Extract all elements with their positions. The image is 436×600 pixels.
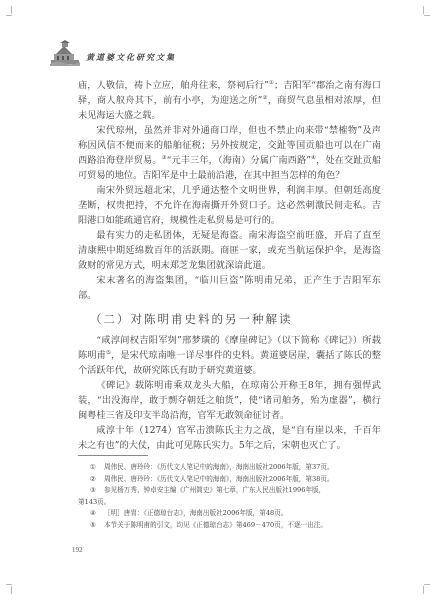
footnotes: ①周伟民、唐玲玲：《历代文人笔记中的海南》，海南出版社2006年版，第37页。 …: [78, 462, 384, 531]
series-title: 黄道婆文化研究文集: [86, 52, 176, 66]
crop-mark-bottom-left: [6, 582, 18, 594]
paragraph: 南宋外贸远超北宋，几乎通达整个文明世界，利润丰厚。但朝廷高度垄断，权贵把持，不允…: [78, 183, 381, 228]
crop-mark-top-right: [418, 6, 430, 18]
footnote: ③参见杨万秀、钟卓安主编《广州简史》第七章，广东人民出版社1996年版，: [78, 485, 384, 497]
paragraph: 《碑记》载陈明甫乘双龙头大船，在琼南公开称王8年，拥有强悍武装，“出没海岸，敢于…: [78, 378, 381, 423]
footnote: ⑤本节关于陈明甫的引文，均见《正德琼台志》第469－470页，不逐一出注。: [78, 520, 384, 532]
paragraph: 咸淳十年（1274）官军击溃陈氏主力之战，是“自有崖以来，千百年未之有也”的大仗…: [78, 423, 381, 453]
body-text: 庙，人敬信，祷卜立应，舶舟往来，祭祠后行”①；吉阳军“郡治之南有海口驿，商人舣舟…: [78, 78, 381, 453]
footnote: ①周伟民、唐玲玲：《历代文人笔记中的海南》，海南出版社2006年版，第37页。: [78, 462, 384, 474]
section-heading: （二）对陈明甫史料的另一种解读: [90, 311, 381, 327]
paragraph: 庙，人敬信，祷卜立应，舶舟往来，祭祠后行”①；吉阳军“郡治之南有海口驿，商人舣舟…: [78, 78, 381, 123]
footnote: ④［明］唐胄：《正德琼台志》，海南出版社2006年版，第48页。: [78, 508, 384, 520]
ancient-building-icon: [50, 40, 80, 66]
paragraph: 最有实力的走私团体，无疑是海盗。南宋海盗空前旺盛，开启了直至清康熙中期延绵数百年…: [78, 228, 381, 273]
footnote-divider: [78, 455, 148, 456]
running-header: 黄道婆文化研究文集: [50, 40, 176, 66]
crop-mark-bottom-right: [418, 582, 430, 594]
paragraph: 宋代琼州，虽然并非对外通商口岸，但也不禁止向来带“禁榷物”及声称因风信不便而来的…: [78, 123, 381, 183]
paragraph: “咸淳间权吉阳军刿”邢梦璜的《摩崖碑记》（以下简称《碑记》）所载陈明甫⑤，是宋代…: [78, 333, 381, 378]
page-number: 192: [72, 546, 83, 554]
paragraph: 宋末著名的海盗集团，“临川巨盗”陈明甫兄弟，正产生于吉阳军东部。: [78, 273, 381, 303]
footnote: ②周伟民、唐玲玲：《历代文人笔记中的海南》，海南出版社2006年版，第38页。: [78, 474, 384, 486]
crop-mark-top-left: [6, 6, 18, 18]
footnote-continuation: 第143页。: [78, 497, 384, 509]
